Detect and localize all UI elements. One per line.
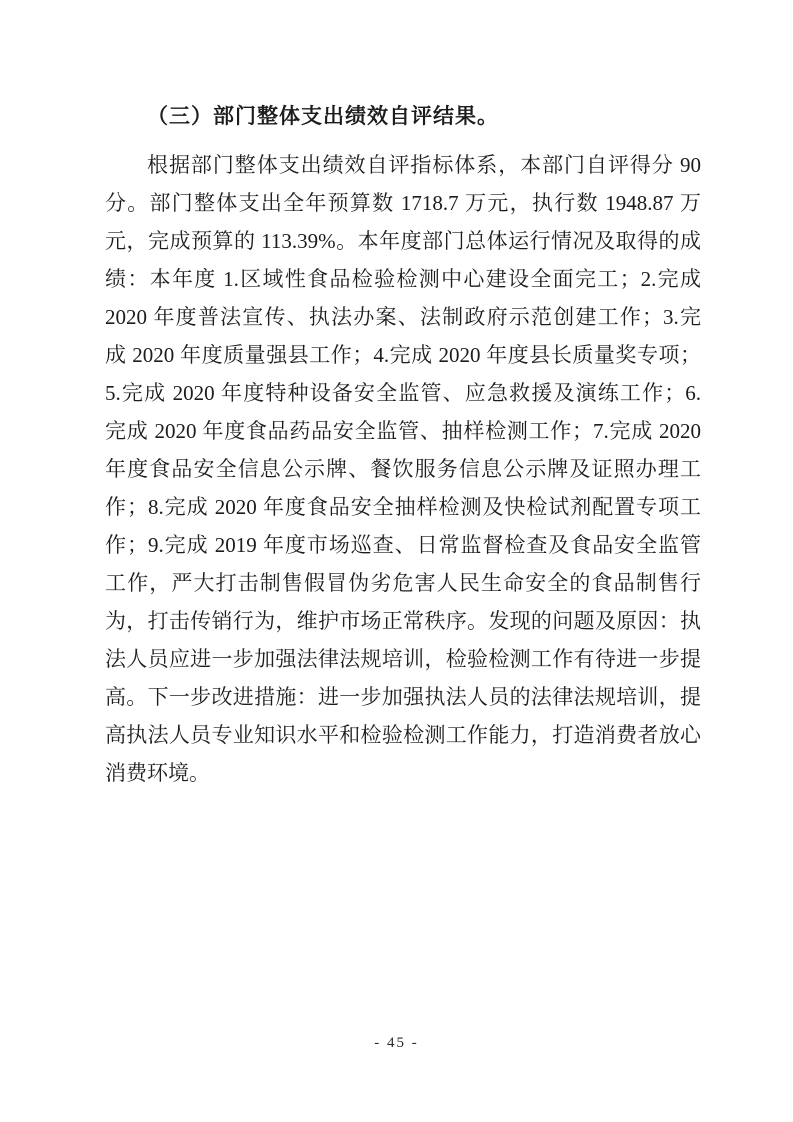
paragraph-line: 作；8.完成 2020 年度食品安全抽样检测及快检试剂配置专项工 <box>105 488 701 526</box>
paragraph-line: 绩：本年度 1.区域性食品检验检测中心建设全面完工；2.完成 <box>105 260 701 298</box>
document-page: （三）部门整体支出绩效自评结果。 根据部门整体支出绩效自评指标体系，本部门自评得… <box>0 0 793 1122</box>
paragraph-line: 2020 年度普法宣传、执法办案、法制政府示范创建工作；3.完 <box>105 298 701 336</box>
paragraph-line: 法人员应进一步加强法律法规培训，检验检测工作有待进一步提 <box>105 640 701 678</box>
paragraph-line: 消费环境。 <box>105 754 701 792</box>
paragraph-line: 高。下一步改进措施：进一步加强执法人员的法律法规培训，提 <box>105 678 701 716</box>
paragraph: 根据部门整体支出绩效自评指标体系，本部门自评得分 90 分。部门整体支出全年预算… <box>105 146 701 792</box>
paragraph-line: 分。部门整体支出全年预算数 1718.7 万元，执行数 1948.87 万 <box>105 184 701 222</box>
paragraph-line: 为，打击传销行为，维护市场正常秩序。发现的问题及原因：执 <box>105 602 701 640</box>
paragraph-line: 完成 2020 年度食品药品安全监管、抽样检测工作；7.完成 2020 <box>105 412 701 450</box>
paragraph-line: 年度食品安全信息公示牌、餐饮服务信息公示牌及证照办理工 <box>105 450 701 488</box>
paragraph-line: 作；9.完成 2019 年度市场巡查、日常监督检查及食品安全监管 <box>105 526 701 564</box>
page-number: - 45 - <box>0 1033 793 1053</box>
paragraph-line: 成 2020 年度质量强县工作；4.完成 2020 年度县长质量奖专项； <box>105 336 701 374</box>
paragraph-line: 高执法人员专业知识水平和检验检测工作能力，打造消费者放心 <box>105 716 701 754</box>
section-heading: （三）部门整体支出绩效自评结果。 <box>105 97 701 135</box>
paragraph-line: 5.完成 2020 年度特种设备安全监管、应急救援及演练工作；6. <box>105 374 701 412</box>
paragraph-line: 工作，严大打击制售假冒伪劣危害人民生命安全的食品制售行 <box>105 564 701 602</box>
paragraph-line: 根据部门整体支出绩效自评指标体系，本部门自评得分 90 <box>105 146 701 184</box>
paragraph-line: 元，完成预算的 113.39%。本年度部门总体运行情况及取得的成 <box>105 222 701 260</box>
